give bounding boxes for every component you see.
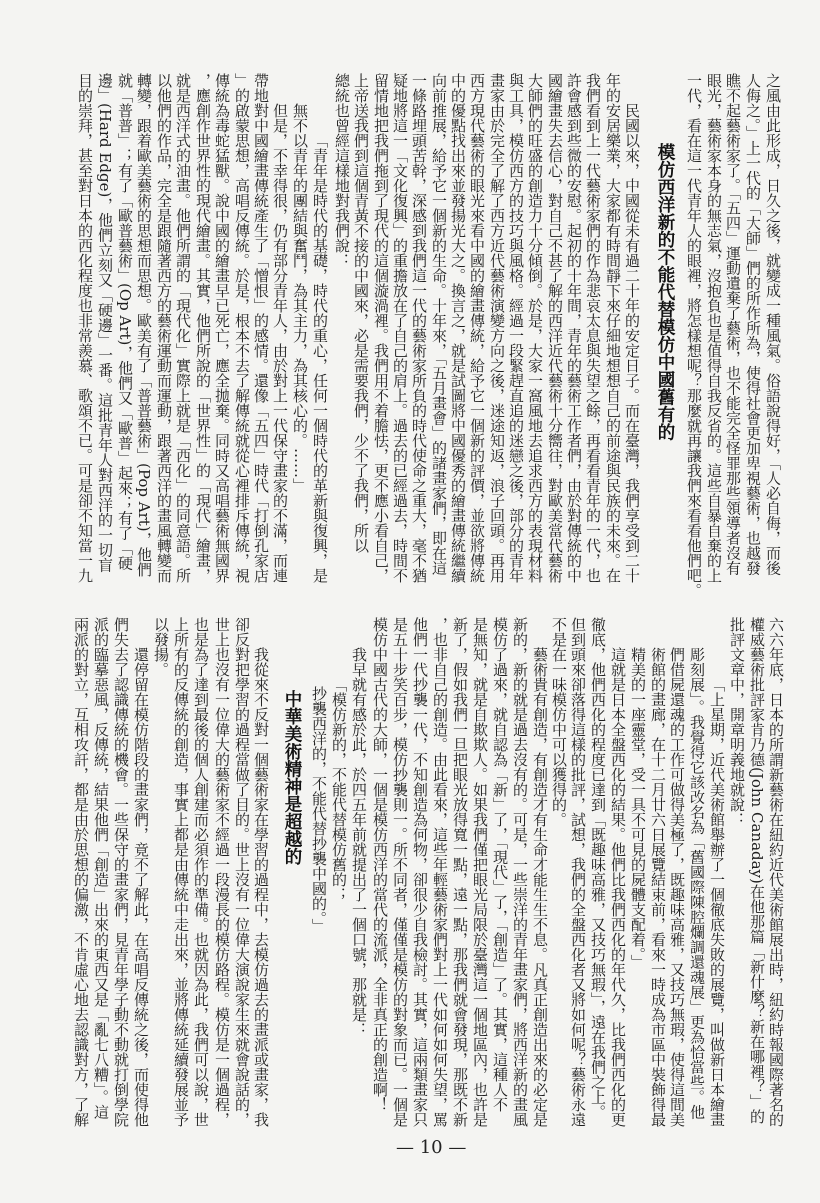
text-column: 是無知，就是自欺欺人。如果我們僅把眼光局限於臺灣這一個地區內，也許是 bbox=[470, 617, 490, 1127]
text-column: 邊」(Hard Edge)，他們立刻又「硬邊」一番。這批青年人對西洋的一切盲 bbox=[95, 73, 115, 572]
text-column: 派的臨摹惡風，反傳統，結果他們「創造」出來的東西又是「亂七八糟」。這 bbox=[91, 617, 111, 1120]
text-column: 以發揚。 bbox=[151, 617, 171, 677]
text-column: 兩派的對立，互相攻訐，都是由於思想的偏激，不肯虛心地去認識對方，了解 bbox=[71, 617, 91, 1127]
text-column: 不是在一味模仿中可以獲得的。 bbox=[549, 617, 569, 827]
text-column: 民國以來，中國從未有過二十年的安定日子。而在臺灣，我們享受到二十 bbox=[622, 103, 642, 583]
text-column: 模仿了過來，就自認為「新」了，「現代」了，「創造」了。其實，這種人不 bbox=[490, 617, 510, 1112]
text-column: 總統也曾經這樣地對我們說： bbox=[332, 73, 352, 268]
text-column: 我們看到上一代藝術家們的作為悲哀太息與失望之餘，再看看青年的一代，也 bbox=[583, 73, 603, 583]
text-column: 卻反對把學習的過程當做了目的。世上沒有一位偉大演說家生來就會說話的， bbox=[232, 617, 252, 1127]
text-column: 與工具，模仿西方的技巧與風格。經過一段緊趕直追的迷戀之後，部分的青年 bbox=[506, 73, 526, 583]
page-number: — 10 — bbox=[396, 1137, 466, 1158]
quote-column: 彫刻展」。我覺得它該改名為「舊國際陳腔爛調還魂展」更為恰當些。他 bbox=[687, 647, 707, 1120]
text-column: 還停留在模仿階段的畫家們，竟不了解此，在高唱反傳統之後，而使得他 bbox=[131, 647, 151, 1127]
text-column: 畫家由於完全了解了西方近代藝術演變方向之後，迷途知返，浪子回頭。再用 bbox=[487, 73, 507, 583]
text-column: 新的，新的就是過去沒有的。可是，一些崇洋的青年畫家們，將西洋新的畫風 bbox=[510, 617, 530, 1127]
text-column: 留情地把我們拖到了現代的這個漩渦裡。我們用不着膽怯，更不應小看自己， bbox=[371, 73, 391, 583]
text-column: 這就是日本全盤西化的結果。他們比我們西化的年代久，比我們西化的更 bbox=[608, 647, 628, 1127]
quote-column: 精美的一座靈堂，受一具不可見的屍體支配着。」 bbox=[628, 647, 648, 970]
text-column: 就是西洋式的油畫。他們所謂的「現代化」實際上就是「西化」的同意語。所 bbox=[173, 73, 193, 583]
text-column: 瞧不起藝術家了。「五四」運動遺棄了藝術，也不能完全怪罪那些領導者沒有 bbox=[723, 73, 743, 576]
text-column: 大師們的旺盛的創造力十分傾倒。於是，大家一窩風地去追求西方的表現材料 bbox=[525, 73, 545, 583]
text-column: ，應創作世界性的現代繪畫。其實，他們所說的「世界性」的「現代」繪畫， bbox=[193, 73, 213, 583]
text-column: 上帝送我們到這個青黃不接的中國來，必是需要我們，少不了我們，所以 bbox=[351, 73, 371, 553]
text-column: 藝術貴有創造，有創造才有生命才能生生不息。凡真正創造出來的必定是 bbox=[530, 647, 550, 1127]
text-column: 中的優點找出來並發揚光大之。換言之，就是試圖將中國優秀的繪畫傳統繼續 bbox=[448, 73, 468, 583]
text-column: 」的啟蒙思想，高唱反傳統。於是，根本不去了解傳統就從心裡排斥傳統，視 bbox=[232, 73, 252, 583]
slogan-column: 抄襲西洋的，不能代替抄襲中國的。」 bbox=[309, 686, 329, 934]
text-column: 是五十步笑百步，模仿抄襲則一。所不同者，僅僅是模仿的對象而已。一個是 bbox=[390, 617, 410, 1127]
text-column: 也是為了達到最後的個人創建而必須作的準備。也就因為此，我們可以說，世 bbox=[191, 617, 211, 1127]
quote-column: 「青年是時代的基礎，時代的重心，任何一個時代的革新與復興，是 bbox=[310, 133, 330, 583]
text-column: 一條路埋頭苦幹，深感到我們這一代的藝術家所負的時代使命之重大，毫不猶 bbox=[409, 73, 429, 583]
text-column: 但到頭來卻落得這樣的批評，試想，我們的全盤西化者又將如何呢？藝術永遠 bbox=[568, 617, 588, 1127]
slogan-column: 「模仿新的，不能代替模仿舊的； bbox=[329, 677, 349, 902]
text-column: 人侮之。」上一代的「大師」們的所作所為，使得社會更加卑視藝術，也越發 bbox=[743, 73, 763, 576]
text-column: 許會感到些微的安慰。起初的十年間，青年的藝術工作者們，由於對傳統的中 bbox=[564, 73, 584, 583]
quote-column: 們借屍還魂的工作可做得美極了，既趣味高雅，又技巧無瑕，使得這間美 bbox=[667, 647, 687, 1127]
quote-column: 無不以青年的團結與奮鬥，為其主力，為其核心的。……」 bbox=[290, 103, 310, 493]
text-column: 徹底，他們西化的程度已達到「既趣味高雅，又技巧無瑕」，遠在我們之上。 bbox=[588, 617, 608, 1120]
document-page: 之風由此形成，日久之後，就變成一種風氣。俗語說得好，「人必自侮，而後 人侮之。」… bbox=[0, 0, 820, 1203]
quote-column: 「上星期，近代美術館舉辦了一個徹底失敗的展覽，叫做新日本繪畫 bbox=[707, 677, 727, 1127]
text-column: 帶地對中國繪畫傳統產生了「憎恨」的感情。還像「五四」時代「打倒孔家店 bbox=[251, 73, 271, 583]
text-column: 世上也沒有一位偉大的藝術家不經過一段漫長的模仿路程。模仿是一個過程， bbox=[212, 617, 232, 1127]
text-column: 他們一代抄襲一代，不知創造為何物，卻很少自我檢討。其實，這兩類畫家只 bbox=[410, 617, 430, 1127]
text-column: 眼光，藝術家本身的無志氣，沒抱負也是值得自我反省的。這些自暴自棄的上 bbox=[704, 73, 724, 583]
text-column: 就「普普」；有了「歐普藝術」(Op Art)，他們又「歐普」起來；有了「硬 bbox=[115, 73, 135, 570]
text-column: 們失去了認識傳統的機會。一些保守的畫家們，見青年學子動不動就打倒學院 bbox=[111, 617, 131, 1127]
text-column: 權威藝術批評家肯乃德(John Canaday)在他那篇「新什麼？新在哪裡？」的 bbox=[747, 617, 767, 1124]
quote-column: 術館的畫廊，在十二月廿六日展覽結束前，看來一時成為市區中裝飾得最 bbox=[648, 647, 668, 1127]
text-column: 批評文章中，開章明義地就說： bbox=[727, 617, 747, 827]
text-column: 新了，假如我們一旦把眼光放得寬一點，遠一點，那我們就會發現，那既不新 bbox=[450, 617, 470, 1127]
text-column: 之風由此形成，日久之後，就變成一種風氣。俗語說得好，「人必自侮，而後 bbox=[763, 73, 783, 576]
text-column: 國繪畫失去信心，對自己不甚了解的西洋近代藝術十分嚮往，對歐美當代藝術 bbox=[545, 73, 565, 583]
text-column: 傳統為毒蛇猛獸。說中國的繪畫早已死亡，應全拋棄。同時又高唱藝術無國界 bbox=[212, 73, 232, 583]
text-column: 一代，看在這一代青年人的眼裡，將怎樣想呢？那麼就再讓我們來看看他們吧。 bbox=[684, 73, 704, 598]
text-column: 六六年底，日本的所謂新藝術在紐約近代美術館展出時，紐約時報國際著名的 bbox=[766, 617, 786, 1127]
text-column: 模仿中國古代的大師，一個是模仿西洋的當代的流派，全非真正的創造啊！ bbox=[370, 617, 390, 1112]
text-column: 向前推展，給予它一個新的生命。十年來，「五月畫會」的諸畫家們，即在這 bbox=[429, 73, 449, 576]
text-column: 年的安居樂業，大家都有時間靜下來仔細地想想自己的前途與民族的未來。在 bbox=[603, 73, 623, 583]
text-column: 以他們的作品，完全是跟隨著西方的藝術運動而運動，跟著西洋的畫風轉變而 bbox=[154, 73, 174, 583]
text-column: 西方現代藝術的眼光來看中國的繪畫傳統，給予它一個新的評價，並欲將傳統 bbox=[467, 73, 487, 583]
section-heading: 模仿西洋新的不能代替模仿中國舊有的 bbox=[654, 143, 676, 441]
text-column: 我早就有感於此，於四五年前就提出了一個口號，那就是： bbox=[349, 647, 369, 1037]
text-column: 上所有的反傳統的創造，事實上都是由傳統中走出來，並將傳統延續發展並予 bbox=[171, 617, 191, 1127]
text-column: 但是，不幸得很，仍有部分青年人，由於對上一代保守畫家的不滿，而連 bbox=[270, 103, 290, 583]
section-heading: 中華美術精神是超越的 bbox=[281, 690, 303, 865]
text-column: 轉變，跟着歐美藝術的思想而思想。歐美有了「普普藝術」(Pop Art)，他們 bbox=[134, 73, 154, 577]
text-column: 我從來不反對一個藝術家在學習的過程中，去模仿過去的畫派或畫家，我 bbox=[251, 647, 271, 1127]
text-column: 目的崇拜，甚至對日本的西化程度也非常羨慕、歌頌不已。可是卻不知當一九 bbox=[75, 73, 95, 583]
text-column: 疑地將這一「文化復興」的重擔放在了自己的肩上。過去的已經過去，時間不 bbox=[390, 73, 410, 583]
text-column: ，也非自己的創造。由此看來，這些年輕藝術家們對上一代如何如何失望，罵 bbox=[430, 617, 450, 1127]
